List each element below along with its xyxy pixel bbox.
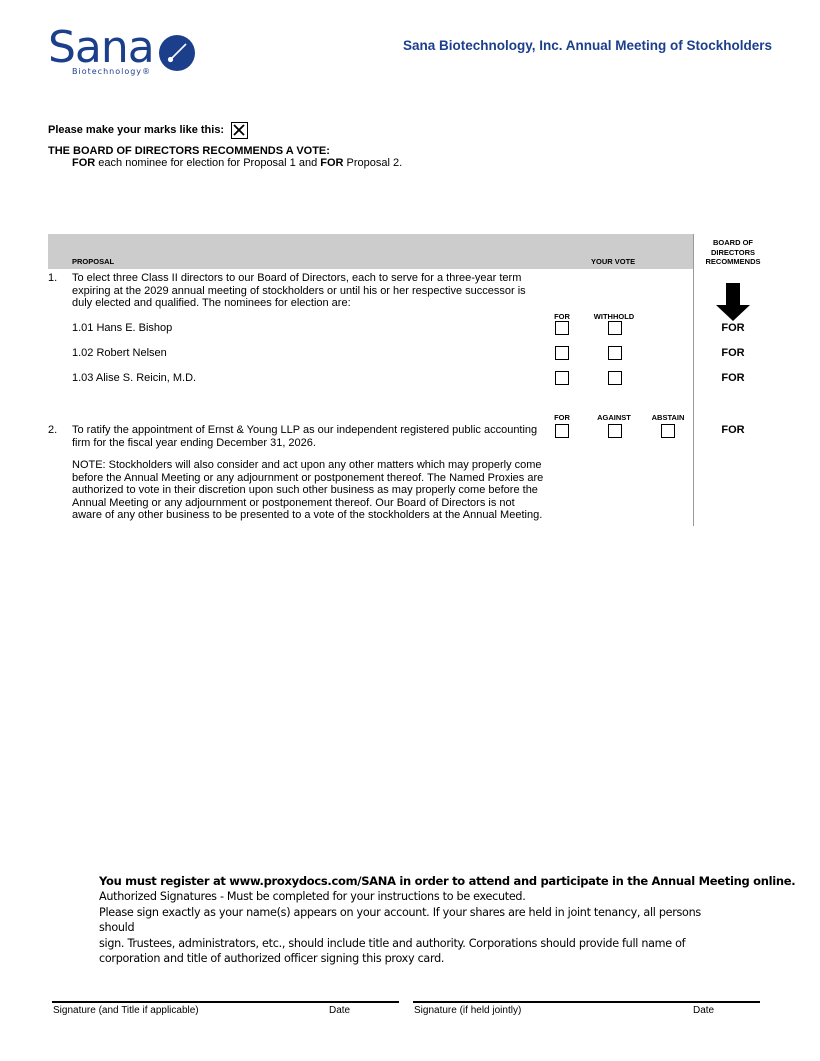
marks-label: Please make your marks like this: (48, 124, 224, 136)
proposal-2-text: To ratify the appointment of Ernst & You… (72, 424, 537, 449)
board-recommendation-heading: THE BOARD OF DIRECTORS RECOMMENDS A VOTE… (48, 145, 330, 157)
nominee-label: 1.02 Robert Nelsen (72, 347, 167, 360)
for-emphasis: FOR (72, 157, 95, 169)
example-marked-box-icon (231, 122, 248, 139)
registration-notice: You must register at www.proxydocs.com/S… (99, 874, 795, 888)
column-header-board-recommends: BOARD OF DIRECTORS RECOMMENDS (695, 238, 771, 267)
board-recommendation: FOR (695, 372, 771, 384)
proposal-text-line: expiring at the 2029 annual meeting of s… (72, 285, 526, 298)
note-line: aware of any other business to be presen… (72, 509, 543, 522)
summary-text: each nominee for election for Proposal 1… (95, 157, 320, 169)
for-emphasis: FOR (320, 157, 343, 169)
column-divider (693, 234, 694, 526)
summary-text: Proposal 2. (344, 157, 403, 169)
nominee-1-for-checkbox[interactable] (555, 321, 569, 335)
vote-option-for-label: FOR (548, 312, 576, 321)
note-line: before the Annual Meeting or any adjourn… (72, 472, 543, 485)
signature-1-label: Signature (and Title if applicable) (53, 1005, 199, 1016)
header-line: RECOMMENDS (695, 257, 771, 267)
nominee-2-for-checkbox[interactable] (555, 346, 569, 360)
proposal-note: NOTE: Stockholders will also consider an… (72, 459, 543, 522)
instruction-line: Authorized Signatures - Must be complete… (99, 889, 739, 905)
board-recommendation-summary: FOR each nominee for election for Propos… (72, 157, 402, 169)
header-line: DIRECTORS (695, 248, 771, 258)
proposal-text-line: duly elected and qualified. The nominees… (72, 297, 526, 310)
nominee-1-withhold-checkbox[interactable] (608, 321, 622, 335)
proposal-1-number: 1. (48, 272, 57, 284)
proposal-2-number: 2. (48, 424, 57, 436)
note-line: authorized to vote in their discretion u… (72, 484, 543, 497)
instruction-line: Please sign exactly as your name(s) appe… (99, 905, 739, 936)
nominee-label: 1.01 Hans E. Bishop (72, 322, 172, 335)
proposal-2-abstain-checkbox[interactable] (661, 424, 675, 438)
signature-2-line[interactable] (413, 1001, 760, 1003)
nominee-3-withhold-checkbox[interactable] (608, 371, 622, 385)
note-line: Annual Meeting or any adjournment or pos… (72, 497, 543, 510)
board-recommendation: FOR (695, 424, 771, 436)
marks-instruction: Please make your marks like this: (48, 121, 248, 138)
vote-option-withhold-label: WITHHOLD (588, 312, 640, 321)
proposal-2-against-checkbox[interactable] (608, 424, 622, 438)
proposal-text-line: To elect three Class II directors to our… (72, 272, 526, 285)
header-line: BOARD OF (695, 238, 771, 248)
nominee-3-for-checkbox[interactable] (555, 371, 569, 385)
board-recommendation: FOR (695, 322, 771, 334)
instruction-line: corporation and title of authorized offi… (99, 951, 739, 967)
column-header-your-vote: YOUR VOTE (591, 257, 635, 266)
company-logo: Sana Biotechnology® (48, 28, 198, 80)
nominee-2-withhold-checkbox[interactable] (608, 346, 622, 360)
signature-instructions: Authorized Signatures - Must be complete… (99, 889, 739, 967)
board-recommendation: FOR (695, 347, 771, 359)
nominee-label: 1.03 Alise S. Reicin, M.D. (72, 372, 196, 385)
logo-wordmark: Sana (48, 22, 154, 73)
down-arrow-icon (716, 283, 750, 321)
document-title: Sana Biotechnology, Inc. Annual Meeting … (403, 38, 772, 53)
signature-2-label: Signature (if held jointly) (414, 1005, 521, 1016)
date-2-label: Date (693, 1005, 714, 1016)
column-header-proposal: PROPOSAL (72, 257, 114, 266)
signature-1-line[interactable] (52, 1001, 399, 1003)
proposal-text-line: To ratify the appointment of Ernst & You… (72, 424, 537, 437)
vote-option-against-label: AGAINST (588, 413, 640, 422)
date-1-label: Date (329, 1005, 350, 1016)
logo-dial-icon (158, 34, 196, 72)
note-line: NOTE: Stockholders will also consider an… (72, 459, 543, 472)
vote-option-abstain-label: ABSTAIN (642, 413, 694, 422)
logo-subtitle: Biotechnology® (72, 67, 151, 76)
instruction-line: sign. Trustees, administrators, etc., sh… (99, 936, 739, 952)
proposal-2-for-checkbox[interactable] (555, 424, 569, 438)
proposal-text-line: firm for the fiscal year ending December… (72, 437, 537, 450)
vote-option-for-label: FOR (548, 413, 576, 422)
proposal-1-text: To elect three Class II directors to our… (72, 272, 526, 310)
